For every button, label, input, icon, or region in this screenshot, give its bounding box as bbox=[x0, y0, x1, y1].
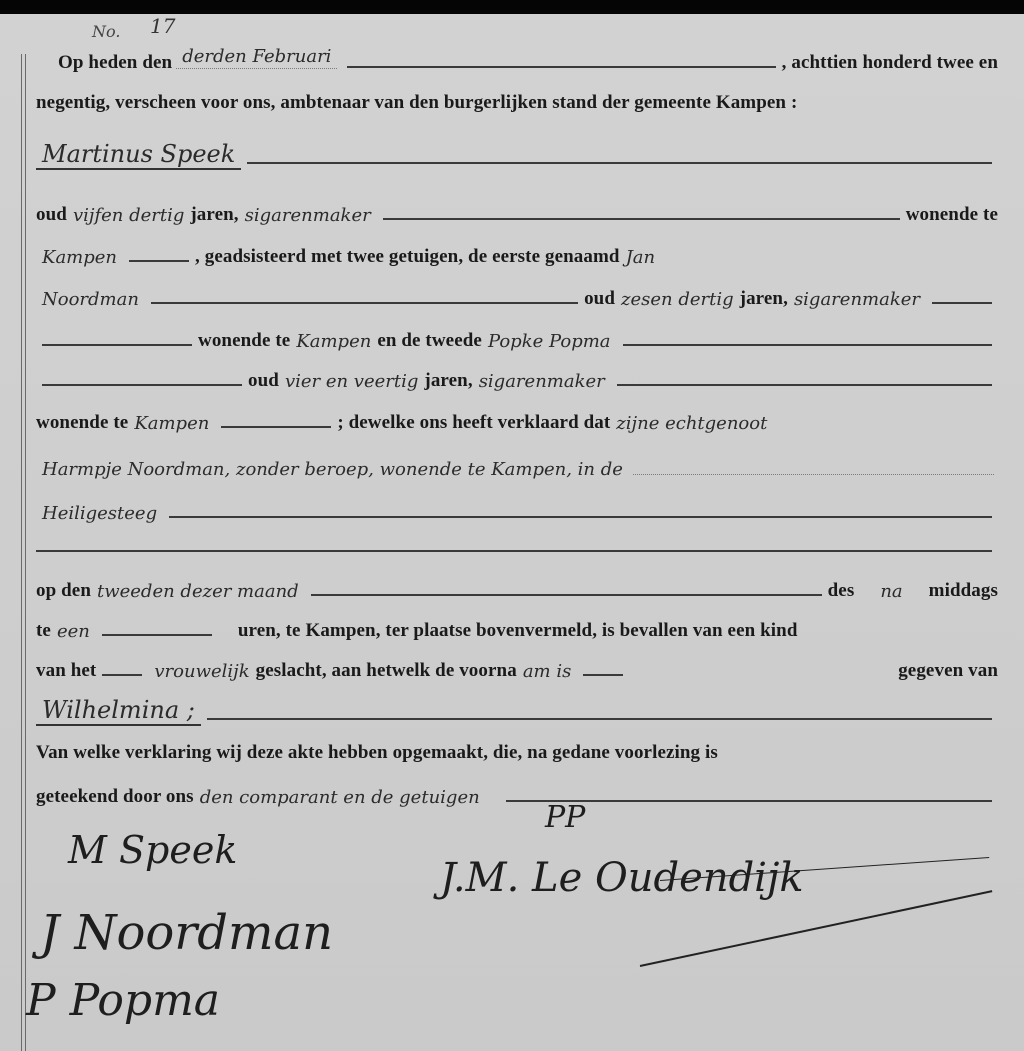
printed-text: oud bbox=[248, 370, 279, 392]
printed-text: wonende te bbox=[906, 204, 998, 226]
printed-text: negentig, verscheen voor ons, ambtenaar … bbox=[36, 92, 797, 114]
printed-text: jaren, bbox=[190, 204, 238, 226]
fill-line bbox=[932, 302, 992, 304]
line-witness1: Noordman oud zesen dertig jaren, sigaren… bbox=[36, 280, 998, 310]
fill-line bbox=[102, 634, 212, 636]
handwritten-birth-date: tweeden dezer maand bbox=[91, 581, 305, 602]
printed-text: Op heden den bbox=[58, 52, 172, 74]
signature-witness1: J Noordman bbox=[40, 905, 333, 961]
fill-line bbox=[311, 594, 822, 596]
printed-text: van het bbox=[36, 660, 96, 682]
margin-line bbox=[21, 54, 22, 1051]
handwritten-sex: vrouwelijk bbox=[148, 661, 255, 682]
printed-text: middags bbox=[929, 580, 998, 602]
printed-text: des bbox=[828, 580, 855, 602]
printed-text: geteekend door ons bbox=[36, 786, 194, 808]
printed-text: , achttien honderd twee en bbox=[782, 52, 998, 74]
fill-line bbox=[42, 384, 242, 386]
signature-official: J.M. Le Oudendijk bbox=[440, 855, 804, 901]
handwritten-occupation: sigarenmaker bbox=[788, 289, 926, 310]
record-number-label: No. bbox=[92, 22, 120, 41]
line-declarant-age: oud vijfen dertig jaren, sigarenmaker wo… bbox=[36, 196, 998, 226]
line-witness2: wonende te Kampen en de tweede Popke Pop… bbox=[36, 322, 998, 352]
printed-text: jaren, bbox=[424, 370, 472, 392]
handwritten-street: Heiligesteeg bbox=[36, 503, 163, 524]
handwritten-witness2: Popke Popma bbox=[482, 331, 617, 352]
line-blank bbox=[36, 528, 998, 558]
handwritten-mother: Harmpje Noordman, zonder beroep, wonende… bbox=[36, 459, 629, 480]
line-signed-by: geteekend door ons den comparant en de g… bbox=[36, 778, 998, 808]
line-closing: Van welke verklaring wij deze akte hebbe… bbox=[36, 734, 998, 764]
fill-line bbox=[383, 218, 900, 220]
printed-text: jaren, bbox=[740, 288, 788, 310]
fill-line bbox=[169, 516, 992, 518]
line-street: Heiligesteeg bbox=[36, 490, 998, 524]
printed-text: Van welke verklaring wij deze akte hebbe… bbox=[36, 742, 718, 764]
handwritten-hour: een bbox=[51, 621, 96, 642]
printed-text: wonende te bbox=[36, 412, 128, 434]
handwritten-child-name: Wilhelmina ; bbox=[36, 696, 201, 726]
printed-text: wonende te bbox=[198, 330, 290, 352]
printed-text: oud bbox=[584, 288, 615, 310]
fill-line bbox=[623, 344, 992, 346]
handwritten-witness1-last: Noordman bbox=[36, 289, 145, 310]
handwritten-declarant: Martinus Speek bbox=[36, 140, 241, 170]
line-declarant-name: Martinus Speek bbox=[36, 130, 998, 170]
handwritten-age: vier en veertig bbox=[279, 371, 424, 392]
handwritten-age: vijfen dertig bbox=[67, 205, 190, 226]
fill-line bbox=[36, 550, 992, 552]
line-birth-date: op den tweeden dezer maand des na middag… bbox=[36, 572, 998, 602]
handwritten-age: zesen dertig bbox=[615, 289, 740, 310]
record-number: 17 bbox=[150, 14, 175, 38]
handwritten-signers: den comparant en de getuigen bbox=[194, 787, 486, 808]
handwritten-residence: Kampen bbox=[290, 331, 377, 352]
printed-text: geslacht, aan hetwelk de voorna bbox=[256, 660, 517, 682]
fill-line bbox=[221, 426, 331, 428]
printed-text: te bbox=[36, 620, 51, 642]
fill-line bbox=[617, 384, 992, 386]
handwritten-time-of-day: na bbox=[854, 581, 928, 602]
dotted-line bbox=[633, 474, 994, 475]
line-date: Op heden den derden Februari , achttien … bbox=[58, 44, 998, 74]
signature-comparant: M Speek bbox=[68, 828, 237, 872]
printed-text: gegeven van bbox=[898, 660, 998, 682]
handwritten-occupation: sigarenmaker bbox=[239, 205, 377, 226]
fill-line bbox=[102, 674, 142, 676]
handwritten-witness1-first: Jan bbox=[620, 247, 662, 268]
paraph: PP bbox=[545, 800, 585, 835]
line-official: negentig, verscheen voor ons, ambtenaar … bbox=[36, 84, 998, 114]
printed-text: op den bbox=[36, 580, 91, 602]
fill-line bbox=[129, 260, 189, 262]
printed-text: uren, te Kampen, ter plaatse bovenvermel… bbox=[238, 620, 798, 642]
handwritten-occupation: sigarenmaker bbox=[473, 371, 611, 392]
printed-text: ; dewelke ons heeft verklaard dat bbox=[337, 412, 610, 434]
line-residence: Kampen , geadsisteerd met twee getuigen,… bbox=[36, 238, 998, 268]
line-child-name: Wilhelmina ; bbox=[36, 690, 998, 726]
fill-line bbox=[42, 344, 192, 346]
margin-line bbox=[25, 54, 26, 1051]
printed-text: , geadsisteerd met twee getuigen, de eer… bbox=[195, 246, 620, 268]
printed-text: en de tweede bbox=[377, 330, 482, 352]
handwritten-residence: Kampen bbox=[128, 413, 215, 434]
signature-witness2: P Popma bbox=[26, 975, 220, 1026]
fill-line bbox=[583, 674, 623, 676]
fill-line bbox=[347, 66, 775, 68]
handwritten-date: derden Februari bbox=[176, 46, 337, 67]
fill-line bbox=[247, 162, 992, 164]
line-sex: van het vrouwelijk geslacht, aan hetwelk… bbox=[36, 652, 998, 682]
line-mother: Harmpje Noordman, zonder beroep, wonende… bbox=[36, 446, 998, 480]
line-birth-hour: te een uren, te Kampen, ter plaatse bove… bbox=[36, 612, 998, 642]
fill-line bbox=[151, 302, 578, 304]
line-declaration: wonende te Kampen ; dewelke ons heeft ve… bbox=[36, 404, 998, 434]
handwritten-relation: zijne echtgenoot bbox=[610, 413, 773, 434]
handwritten-residence: Kampen bbox=[36, 247, 123, 268]
line-witness2-age: oud vier en veertig jaren, sigarenmaker bbox=[36, 362, 998, 392]
printed-text: oud bbox=[36, 204, 67, 226]
fill-line bbox=[207, 718, 992, 720]
handwritten-name-suffix: am is bbox=[517, 661, 578, 682]
